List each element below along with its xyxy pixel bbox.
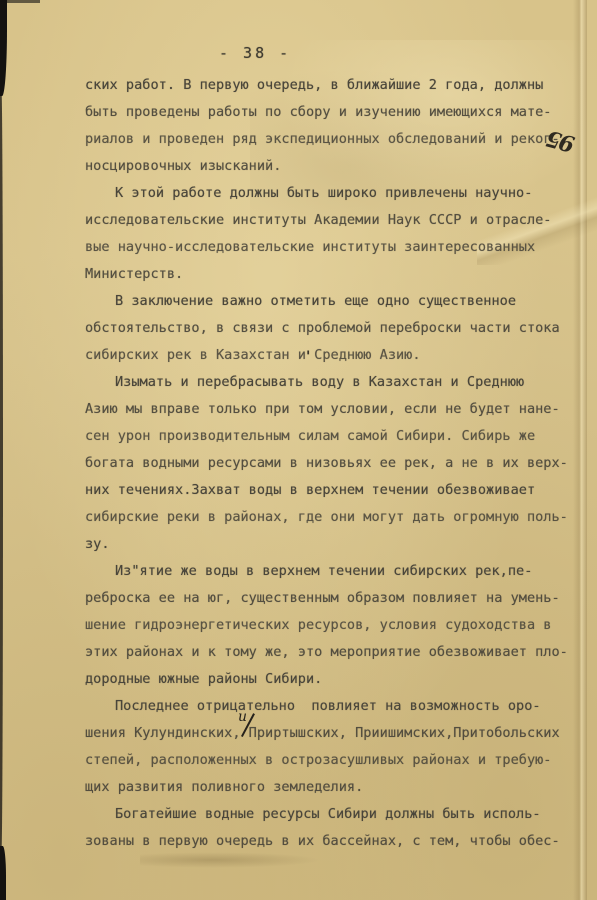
text-line: ских работ. В первую очередь, в ближайши…: [85, 72, 572, 99]
text-line: Изымать и перебрасывать воду в Казахстан…: [85, 369, 572, 396]
scan-edge-top-left: [0, 0, 7, 96]
paragraph: Последнее отрицательно повлияет на возмо…: [85, 693, 572, 801]
text-line: Последнее отрицательно повлияет на возмо…: [85, 693, 572, 720]
text-line: сибирских рек в Казахстан и Среднюю Азию…: [85, 342, 572, 369]
stray-typed-apostrophe: ': [304, 349, 312, 365]
text-line: Богатейшие водные ресурсы Сибири должны …: [85, 801, 572, 828]
paragraph: Богатейшие водные ресурсы Сибири должны …: [85, 801, 572, 855]
text-line: зованы в первую очередь в их бассейнах, …: [85, 828, 572, 855]
text-line: них течениях.Захват воды в верхнем течен…: [85, 477, 572, 504]
text-line: быть проведены работы по сбору и изучени…: [85, 99, 572, 126]
scan-edge-left: [0, 90, 3, 850]
text-line: В заключение важно отметить еще одно сущ…: [85, 288, 572, 315]
text-line: К этой работе должны быть широко привлеч…: [85, 180, 572, 207]
paragraph: Изымать и перебрасывать воду в Казахстан…: [85, 369, 572, 558]
text-line: носцировочных изысканий.: [85, 153, 572, 180]
scan-edge-bottom-left: [0, 846, 6, 900]
text-line: риалов и проведен ряд экспедиционных обс…: [85, 126, 572, 153]
text-line: реброска ее на юг, существенным образом …: [85, 585, 572, 612]
text-line: исследовательские институты Академии Нау…: [85, 207, 572, 234]
text-line: шения Кулундинских, Приртышских, Приишим…: [85, 720, 572, 747]
paragraph: Из"ятие же воды в верхнем течении сибирс…: [85, 558, 572, 693]
text-line: сибирские реки в районах, где они могут …: [85, 504, 572, 531]
paragraph: К этой работе должны быть широко привлеч…: [85, 180, 572, 288]
text-line: шение гидроэнергетических ресурсов, усло…: [85, 612, 572, 639]
paragraph: ских работ. В первую очередь, в ближайши…: [85, 72, 572, 180]
paragraph: В заключение важно отметить еще одно сущ…: [85, 288, 572, 369]
scanned-document-page: - 38 - ских работ. В первую очередь, в б…: [0, 0, 597, 900]
text-line: Азию мы вправе только при том условии, е…: [85, 396, 572, 423]
text-line: зу.: [85, 531, 572, 558]
page-number: - 38 -: [219, 44, 291, 62]
text-line: Из"ятие же воды в верхнем течении сибирс…: [85, 558, 572, 585]
text-line: вые научно-исследовательские институты з…: [85, 234, 572, 261]
text-block: ских работ. В первую очередь, в ближайши…: [85, 72, 572, 855]
text-line: степей, расположенных в острозасушливых …: [85, 747, 572, 774]
scan-edge-top: [0, 0, 40, 3]
text-line: щих развития поливного земледелия.: [85, 774, 572, 801]
text-line: этих районах и к тому же, это мероприяти…: [85, 639, 572, 666]
handwritten-insertion-char: и: [238, 709, 247, 725]
text-line: Министерств.: [85, 261, 572, 288]
text-line: богата водными ресурсами в низовьях ее р…: [85, 450, 572, 477]
text-line: обстоятельство, в связи с проблемой пере…: [85, 315, 572, 342]
text-line: дородные южные районы Сибири.: [85, 666, 572, 693]
text-line: сен урон производительным силам самой Си…: [85, 423, 572, 450]
